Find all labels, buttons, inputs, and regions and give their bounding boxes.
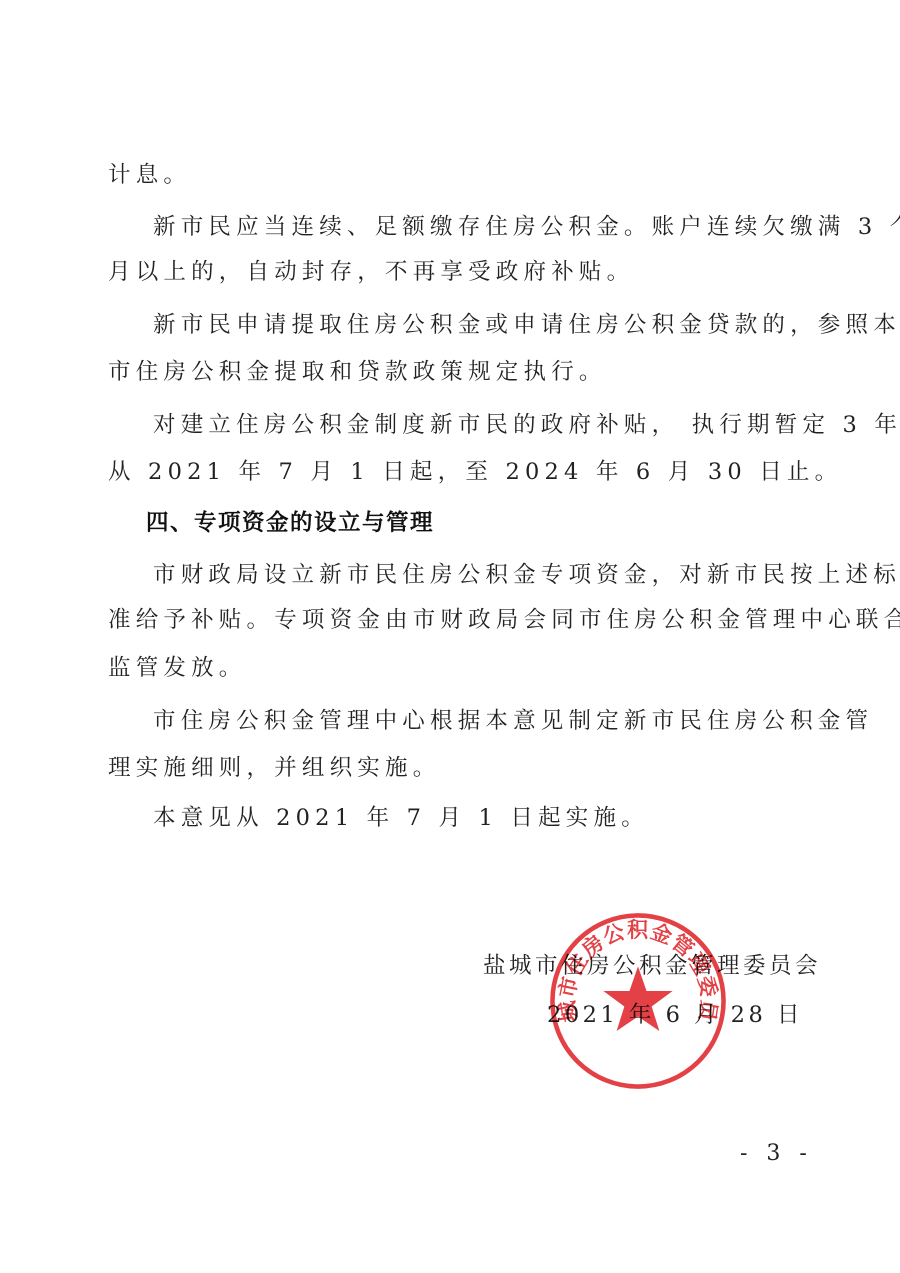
paragraph-line: 对建立住房公积金制度新市民的政府补贴， 执行期暂定 3 年， — [153, 410, 900, 440]
paragraph-line: 本意见从 2021 年 7 月 1 日起实施。 — [153, 803, 649, 833]
paragraph-line: 新市民应当连续、足额缴存住房公积金。账户连续欠缴满 3 个 — [153, 212, 900, 242]
paragraph-line: 新市民申请提取住房公积金或申请住房公积金贷款的，参照本 — [153, 310, 900, 340]
official-seal: 盐城市住房公积金管理委员会 — [547, 910, 729, 1092]
document-page: 计息。 新市民应当连续、足额缴存住房公积金。账户连续欠缴满 3 个 月以上的，自… — [0, 0, 900, 1273]
page-number: - 3 - — [740, 1140, 813, 1168]
paragraph-line: 市住房公积金管理中心根据本意见制定新市民住房公积金管 — [153, 706, 873, 736]
paragraph-line: 计息。 — [108, 160, 191, 190]
paragraph-line: 准给予补贴。专项资金由市财政局会同市住房公积金管理中心联合 — [108, 605, 900, 635]
section-heading: 四、专项资金的设立与管理 — [146, 508, 434, 538]
paragraph-line: 理实施细则，并组织实施。 — [108, 753, 440, 783]
paragraph-line: 从 2021 年 7 月 1 日起，至 2024 年 6 月 30 日止。 — [108, 457, 842, 487]
paragraph-line: 监管发放。 — [108, 653, 247, 683]
star-icon — [603, 966, 672, 1031]
paragraph-line: 月以上的，自动封存，不再享受政府补贴。 — [108, 257, 634, 287]
paragraph-line: 市财政局设立新市民住房公积金专项资金，对新市民按上述标 — [153, 560, 900, 590]
paragraph-line: 市住房公积金提取和贷款政策规定执行。 — [108, 357, 607, 387]
